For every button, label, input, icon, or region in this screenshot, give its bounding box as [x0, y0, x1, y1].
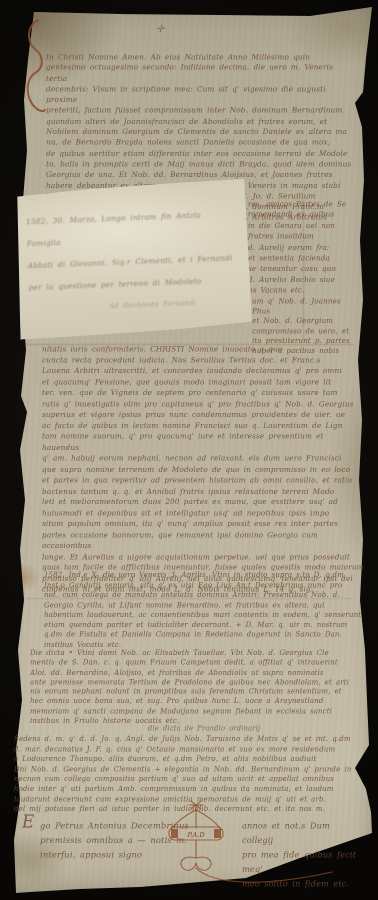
subscription-initial: E — [22, 814, 35, 832]
notary-mark-letters: P.A.D — [186, 831, 205, 839]
slip-annotation: 1582, 30. Marzo. Longo intram fin Antzla… — [26, 203, 241, 299]
invocation-cross-icon: ✛ — [156, 24, 164, 35]
slip-faded-note: Ad Rechiesta Fernandi — [109, 297, 239, 310]
archival-slip: 1582, 30. Marzo. Longo intram fin Antzla… — [15, 179, 253, 340]
interline-note: die dicta de Prandio ordinarij — [148, 723, 308, 734]
session-1582-paragraph: 1582. Ind.e X. die uero Veneris 3. April… — [44, 571, 362, 650]
side-column-upper: res, amicos Partes de Se ramendandi ex q… — [248, 199, 362, 296]
award-paragraph: nitatis iuris conformiteris. CHRISTI Nom… — [42, 344, 364, 595]
die-dicta-paragraph: Die dicta • Vtini domi Nob. ac Elisabeth… — [30, 649, 362, 726]
photo-stage: ✛ In Christi Nomine Amen. Ab eius Natiui… — [0, 0, 378, 900]
notary-sign-icon: P.A.D — [150, 795, 350, 890]
